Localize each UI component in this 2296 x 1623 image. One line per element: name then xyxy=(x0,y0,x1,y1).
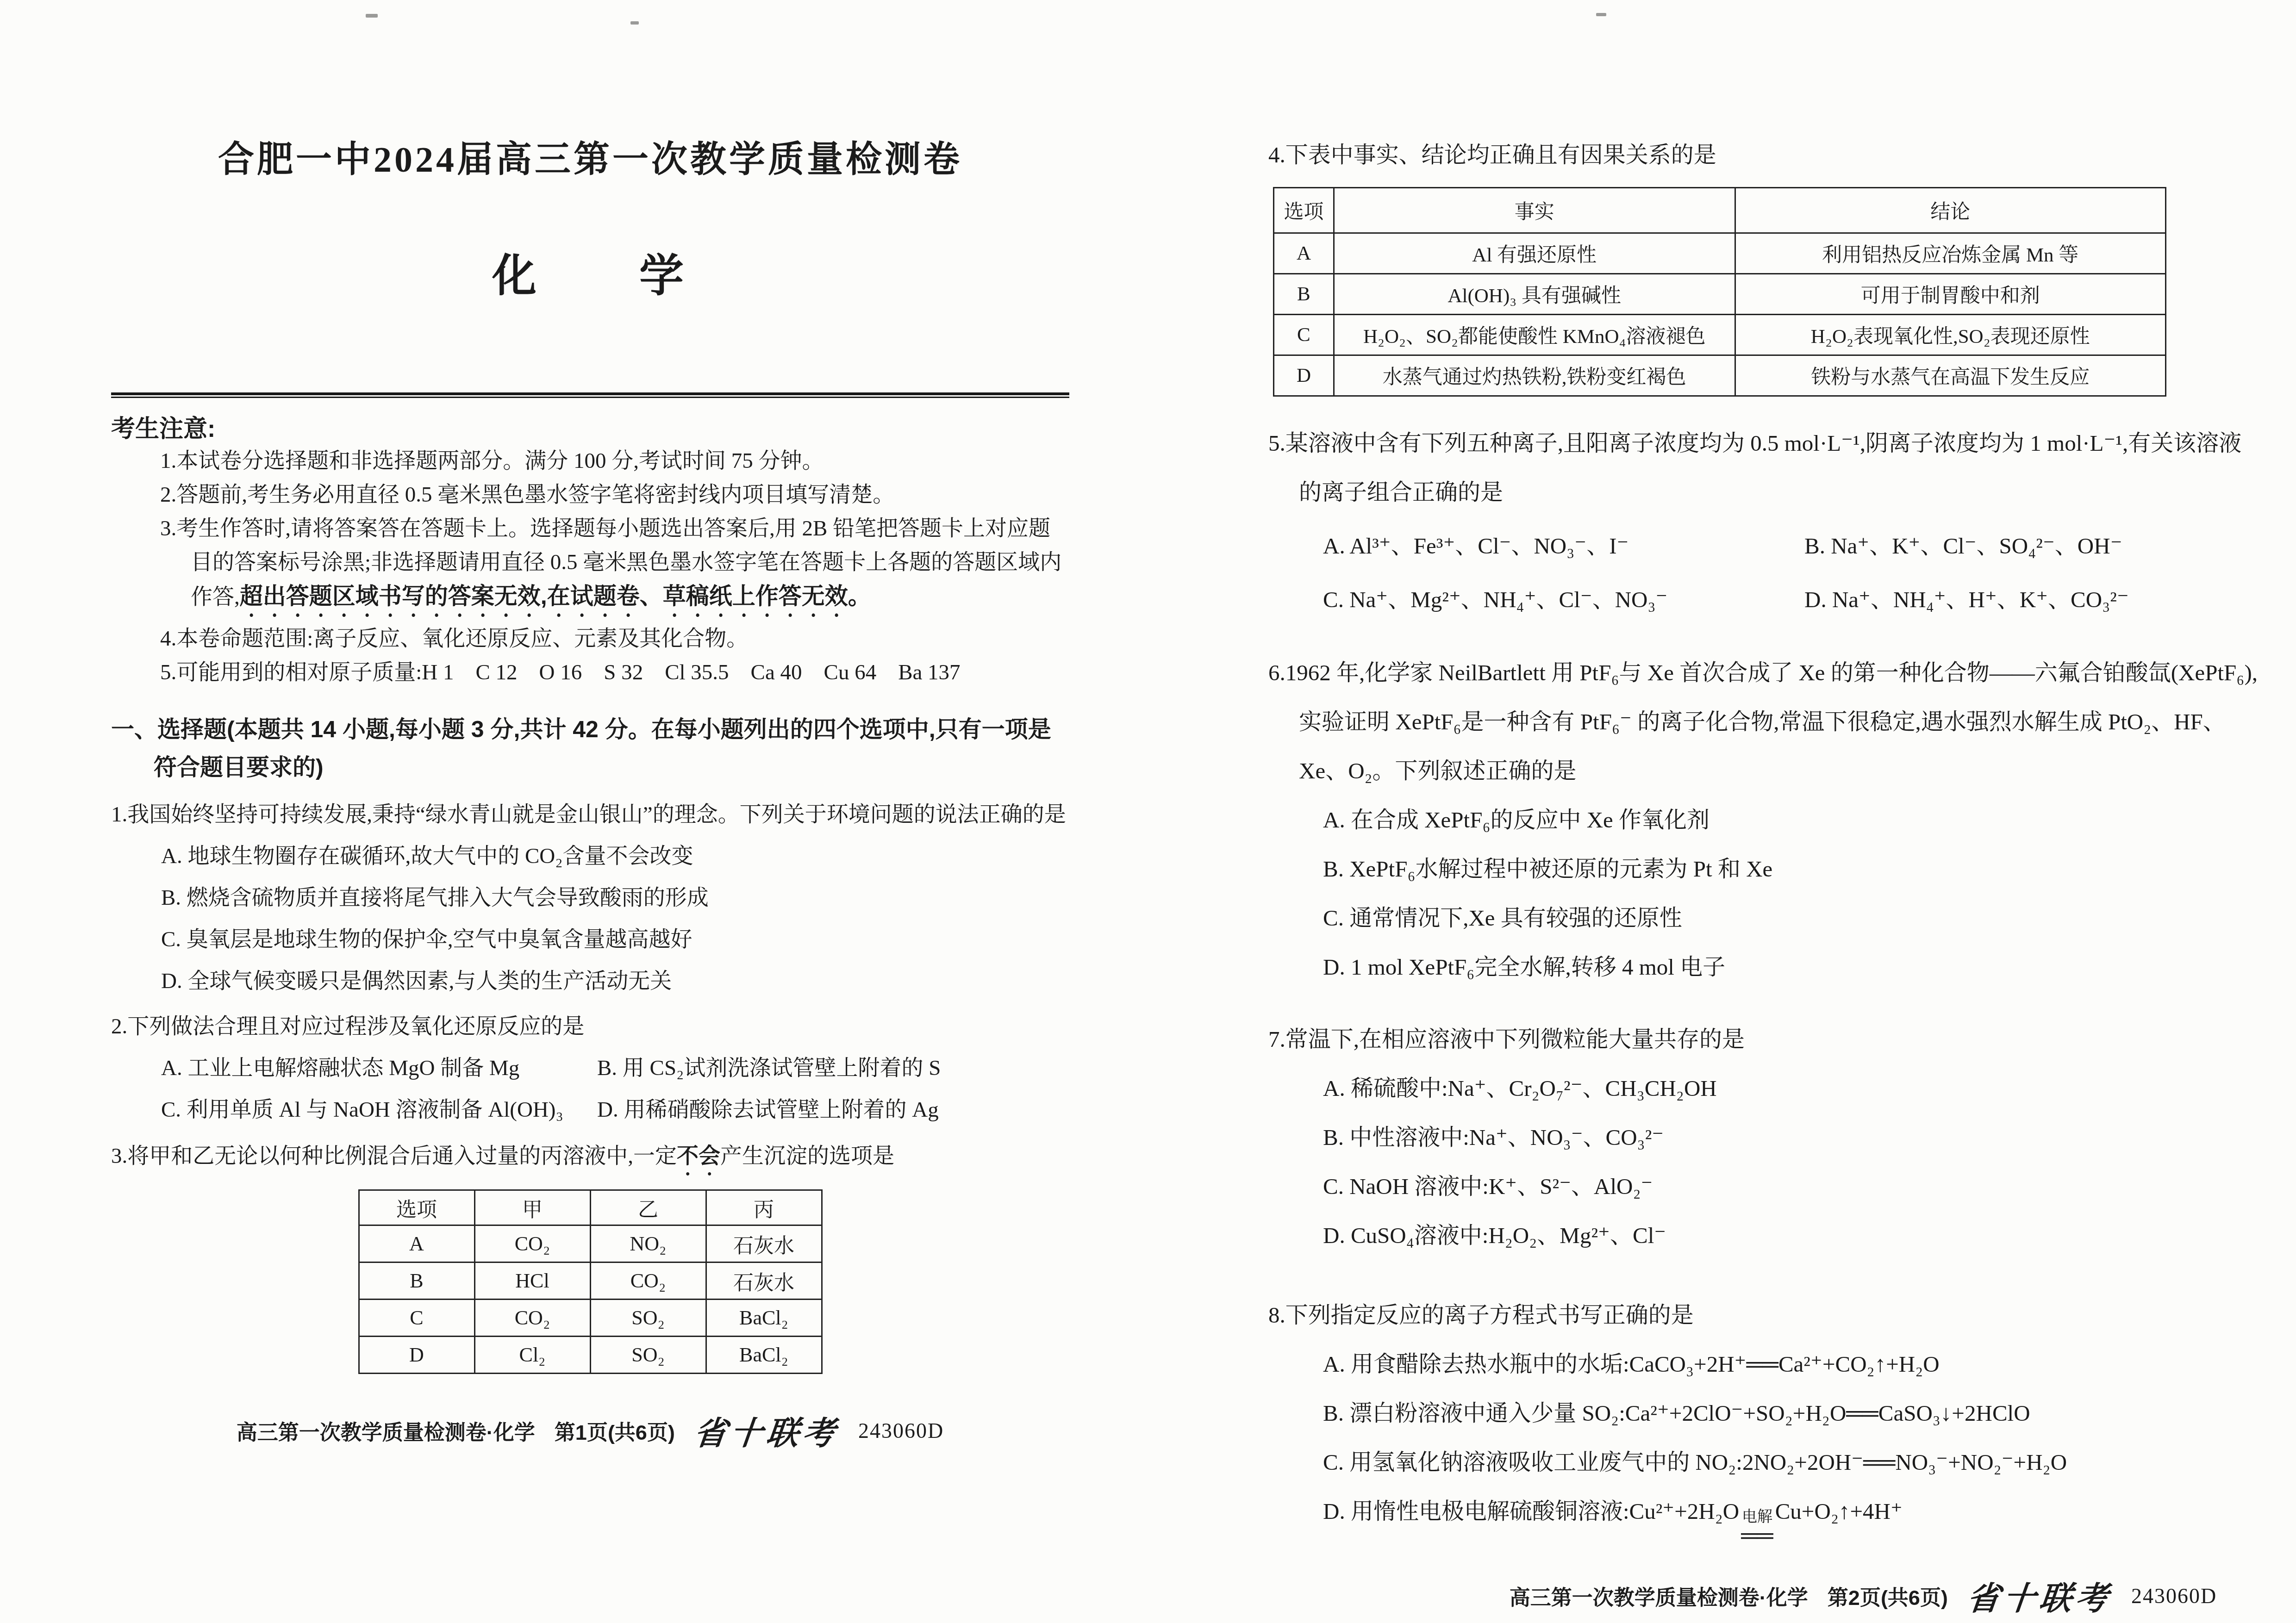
question-7-option-c: C. NaOH 溶液中:K⁺、S²⁻、AlO₂⁻ xyxy=(1268,1162,2264,1211)
question-1-option-a: A. 地球生物圈存在碳循环,故大气中的 CO₂含量不会改变 xyxy=(111,839,1069,873)
question-6-option-d: D. 1 mol XePtF₆完全水解,转移 4 mol 电子 xyxy=(1268,943,2264,992)
table-cell: 可用于制胃酸中和剂 xyxy=(1735,274,2165,315)
table-cell: H₂O₂表现氧化性,SO₂表现还原性 xyxy=(1735,315,2165,355)
table-cell: HCl xyxy=(474,1262,590,1300)
question-6: 6.1962 年,化学家 NeilBartlett 用 PtF₆与 Xe 首次合… xyxy=(1268,648,2264,992)
table-cell: 利用铝热反应冶炼金属 Mn 等 xyxy=(1735,233,2165,274)
question-6-option-c: C. 通常情况下,Xe 具有较强的还原性 xyxy=(1268,894,2264,943)
footer-page-number: 第1页(共6页) xyxy=(555,1416,675,1446)
question-1: 1.我国始终坚持可持续发展,秉持“绿水青山就是金山银山”的理念。下列关于环境问题… xyxy=(111,798,1069,998)
question-6-stem: 6.1962 年,化学家 NeilBartlett 用 PtF₆与 Xe 首次合… xyxy=(1268,648,2264,796)
table-header-cell: 丙 xyxy=(706,1190,822,1225)
page-2-footer: 高三第一次教学质量检测卷·化学 第2页(共6页) 省十联考 243060D xyxy=(1268,1573,2264,1619)
question-3: 3.将甲和乙无论以何种比例混合后通入过量的丙溶液中,一定不会产生沉淀的选项是 选… xyxy=(111,1138,1069,1374)
question-5-options-cd: C. Na⁺、Mg²⁺、NH₄⁺、Cl⁻、NO₃⁻ D. Na⁺、NH₄⁺、H⁺… xyxy=(1268,575,2264,624)
table-header-cell: 结论 xyxy=(1735,188,2165,233)
table-header-row: 选项 事实 结论 xyxy=(1274,188,2166,233)
page-1-footer: 高三第一次教学质量检测卷·化学 第1页(共6页) 省十联考 243060D xyxy=(111,1407,1069,1454)
table-row: A CO₂ NO₂ 石灰水 xyxy=(359,1225,822,1262)
table-cell: 水蒸气通过灼热铁粉,铁粉变红褐色 xyxy=(1334,355,1735,396)
table-cell: BaCl₂ xyxy=(706,1337,822,1374)
table-cell: 石灰水 xyxy=(706,1225,822,1262)
table-cell: SO₂ xyxy=(590,1300,706,1337)
table-cell: 铁粉与水蒸气在高温下发生反应 xyxy=(1735,355,2165,396)
table-cell: 石灰水 xyxy=(706,1262,822,1300)
question-5-option-b: B. Na⁺、K⁺、Cl⁻、SO₄²⁻、OH⁻ xyxy=(1804,522,2122,571)
question-7-option-a: A. 稀硫酸中:Na⁺、Cr₂O₇²⁻、CH₃CH₂OH xyxy=(1268,1064,2264,1113)
footer-brand-logo: 省十联考 xyxy=(692,1407,842,1454)
question-5-option-d: D. Na⁺、NH₄⁺、H⁺、K⁺、CO₃²⁻ xyxy=(1804,575,2129,624)
table-cell: A xyxy=(359,1225,474,1262)
question-8-stem: 8.下列指定反应的离子方程式书写正确的是 xyxy=(1268,1291,2264,1340)
table-cell: D xyxy=(1274,355,1334,396)
question-1-option-b: B. 燃烧含硫物质并直接将尾气排入大气会导致酸雨的形成 xyxy=(111,881,1069,915)
section-heading-line1: 一、选择题(本题共 14 小题,每小题 3 分,共计 42 分。在每小题列出的四… xyxy=(111,716,1051,742)
table-cell: A xyxy=(1274,233,1334,274)
notice-item-3-emphasis: 超出答题区域书写的答案无效,在试题卷、草稿纸上作答无效。 xyxy=(240,583,871,609)
exam-title: 合肥一中2024届高三第一次教学质量检测卷 xyxy=(111,139,1069,180)
question-3-table: 选项 甲 乙 丙 A CO₂ NO₂ 石灰水 B HCl CO₂ 石灰水 C C… xyxy=(358,1189,823,1374)
subject-title: 化 学 xyxy=(111,250,1069,302)
question-4-stem: 4.下表中事实、结论均正确且有因果关系的是 xyxy=(1268,136,2264,174)
question-8-option-a: A. 用食醋除去热水瓶中的水垢:CaCO₃+2H⁺══Ca²⁺+CO₂↑+H₂O xyxy=(1268,1340,2264,1389)
question-5-options-ab: A. Al³⁺、Fe³⁺、Cl⁻、NO₃⁻、I⁻ B. Na⁺、K⁺、Cl⁻、S… xyxy=(1268,522,2264,571)
question-4: 4.下表中事实、结论均正确且有因果关系的是 选项 事实 结论 A Al 有强还原… xyxy=(1268,136,2264,397)
equals-line: ══ xyxy=(1741,1525,1773,1546)
question-2-stem: 2.下列做法合理且对应过程涉及氧化还原反应的是 xyxy=(111,1010,1069,1044)
exam-page-1: 合肥一中2024届高三第一次教学质量检测卷 化 学 考生注意: 1.本试卷分选择… xyxy=(111,0,1069,1454)
question-2-option-c: C. 利用单质 Al 与 NaOH 溶液制备 Al(OH)₃ xyxy=(161,1093,597,1127)
table-cell: B xyxy=(359,1262,474,1300)
question-2-option-b: B. 用 CS₂试剂洗涤试管壁上附着的 S xyxy=(597,1051,941,1085)
table-cell: D xyxy=(359,1337,474,1374)
table-cell: Al(OH)₃ 具有强碱性 xyxy=(1334,274,1735,315)
table-row: C H₂O₂、SO₂都能使酸性 KMnO₄溶液褪色 H₂O₂表现氧化性,SO₂表… xyxy=(1274,315,2166,355)
table-header-cell: 选项 xyxy=(1274,188,1334,233)
question-1-option-d: D. 全球气候变暖只是偶然因素,与人类的生产活动无关 xyxy=(111,964,1069,998)
question-8-option-d-pre: D. 用惰性电极电解硫酸铜溶液:Cu²⁺+2H₂O xyxy=(1323,1499,1739,1524)
notice-item-3: 3.考生作答时,请将答案答在答题卡上。选择题每小题选出答案后,用 2B 铅笔把答… xyxy=(111,512,1069,622)
notice-item-1: 1.本试卷分选择题和非选择题两部分。满分 100 分,考试时间 75 分钟。 xyxy=(111,444,1069,478)
question-5-option-c: C. Na⁺、Mg²⁺、NH₄⁺、Cl⁻、NO₃⁻ xyxy=(1323,575,1804,624)
divider-rule xyxy=(111,392,1069,398)
table-row: C CO₂ SO₂ BaCl₂ xyxy=(359,1300,822,1337)
table-cell: B xyxy=(1274,274,1334,315)
table-row: D 水蒸气通过灼热铁粉,铁粉变红褐色 铁粉与水蒸气在高温下发生反应 xyxy=(1274,355,2166,396)
footer-exam-name: 高三第一次教学质量检测卷·化学 xyxy=(1510,1581,1808,1611)
section-heading: 一、选择题(本题共 14 小题,每小题 3 分,共计 42 分。在每小题列出的四… xyxy=(111,710,1069,786)
footer-brand-logo: 省十联考 xyxy=(1965,1573,2115,1619)
table-cell: CO₂ xyxy=(590,1262,706,1300)
table-cell: H₂O₂、SO₂都能使酸性 KMnO₄溶液褪色 xyxy=(1334,315,1735,355)
question-8-option-c: C. 用氢氧化钠溶液吸收工业废气中的 NO₂:2NO₂+2OH⁻══NO₃⁻+N… xyxy=(1268,1438,2264,1487)
table-header-row: 选项 甲 乙 丙 xyxy=(359,1190,822,1225)
question-3-stem-pre: 3.将甲和乙无论以何种比例混合后通入过量的丙溶液中,一定 xyxy=(111,1144,677,1168)
question-7-stem: 7.常温下,在相应溶液中下列微粒能大量共存的是 xyxy=(1268,1015,2264,1064)
question-8-option-b: B. 漂白粉溶液中通入少量 SO₂:Ca²⁺+2ClO⁻+SO₂+H₂O══Ca… xyxy=(1268,1389,2264,1438)
table-cell: C xyxy=(359,1300,474,1337)
electrolysis-equals-sign: 电解══ xyxy=(1741,1509,1773,1546)
table-cell: Cl₂ xyxy=(474,1337,590,1374)
table-row: B HCl CO₂ 石灰水 xyxy=(359,1262,822,1300)
notice-item-5: 5.可能用到的相对原子质量:H 1 C 12 O 16 S 32 Cl 35.5… xyxy=(111,656,1069,690)
table-header-cell: 甲 xyxy=(474,1190,590,1225)
table-row: A Al 有强还原性 利用铝热反应冶炼金属 Mn 等 xyxy=(1274,233,2166,274)
table-cell: NO₂ xyxy=(590,1225,706,1262)
question-5-stem: 5.某溶液中含有下列五种离子,且阳离子浓度均为 0.5 mol·L⁻¹,阴离子浓… xyxy=(1268,419,2264,517)
question-4-table: 选项 事实 结论 A Al 有强还原性 利用铝热反应冶炼金属 Mn 等 B Al… xyxy=(1273,187,2166,397)
table-header-cell: 乙 xyxy=(590,1190,706,1225)
table-cell: C xyxy=(1274,315,1334,355)
question-1-stem: 1.我国始终坚持可持续发展,秉持“绿水青山就是金山银山”的理念。下列关于环境问题… xyxy=(111,798,1069,832)
question-3-stem-post: 产生沉淀的选项是 xyxy=(720,1144,894,1168)
section-heading-line2: 符合题目要求的) xyxy=(111,748,1069,786)
question-6-option-b: B. XePtF₆水解过程中被还原的元素为 Pt 和 Xe xyxy=(1268,845,2264,894)
question-8-option-d-post: Cu+O₂↑+4H⁺ xyxy=(1775,1499,1903,1524)
table-cell: BaCl₂ xyxy=(706,1300,822,1337)
question-2-option-a: A. 工业上电解熔融状态 MgO 制备 Mg xyxy=(161,1051,597,1085)
question-7: 7.常温下,在相应溶液中下列微粒能大量共存的是 A. 稀硫酸中:Na⁺、Cr₂O… xyxy=(1268,1015,2264,1260)
question-2-options-ab: A. 工业上电解熔融状态 MgO 制备 Mg B. 用 CS₂试剂洗涤试管壁上附… xyxy=(111,1051,1069,1085)
footer-page-number: 第2页(共6页) xyxy=(1828,1581,1948,1611)
question-6-option-a: A. 在合成 XePtF₆的反应中 Xe 作氧化剂 xyxy=(1268,796,2264,845)
question-8-option-d: D. 用惰性电极电解硫酸铜溶液:Cu²⁺+2H₂O电解══Cu+O₂↑+4H⁺ xyxy=(1268,1487,2264,1546)
exam-page-2: 4.下表中事实、结论均正确且有因果关系的是 选项 事实 结论 A Al 有强还原… xyxy=(1268,0,2264,1619)
notice-item-4: 4.本卷命题范围:离子反应、氧化还原反应、元素及其化合物。 xyxy=(111,622,1069,656)
footer-paper-code: 243060D xyxy=(858,1418,944,1443)
notice-item-2: 2.答题前,考生务必用直径 0.5 毫米黑色墨水签字笔将密封线内项目填写清楚。 xyxy=(111,478,1069,512)
question-1-option-c: C. 臭氧层是地球生物的保护伞,空气中臭氧含量越高越好 xyxy=(111,923,1069,957)
question-3-stem-emphasis: 不会 xyxy=(677,1143,720,1168)
table-header-cell: 事实 xyxy=(1334,188,1735,233)
notice-heading: 考生注意: xyxy=(111,414,1069,444)
table-header-cell: 选项 xyxy=(359,1190,474,1225)
table-row: D Cl₂ SO₂ BaCl₂ xyxy=(359,1337,822,1374)
question-5: 5.某溶液中含有下列五种离子,且阳离子浓度均为 0.5 mol·L⁻¹,阴离子浓… xyxy=(1268,419,2264,624)
footer-exam-name: 高三第一次教学质量检测卷·化学 xyxy=(237,1416,535,1446)
question-2: 2.下列做法合理且对应过程涉及氧化还原反应的是 A. 工业上电解熔融状态 MgO… xyxy=(111,1010,1069,1127)
question-7-option-b: B. 中性溶液中:Na⁺、NO₃⁻、CO₃²⁻ xyxy=(1268,1113,2264,1162)
question-2-options-cd: C. 利用单质 Al 与 NaOH 溶液制备 Al(OH)₃ D. 用稀硝酸除去… xyxy=(111,1093,1069,1127)
table-cell: CO₂ xyxy=(474,1225,590,1262)
table-cell: CO₂ xyxy=(474,1300,590,1337)
table-row: B Al(OH)₃ 具有强碱性 可用于制胃酸中和剂 xyxy=(1274,274,2166,315)
question-2-option-d: D. 用稀硝酸除去试管壁上附着的 Ag xyxy=(597,1093,939,1127)
table-cell: Al 有强还原性 xyxy=(1334,233,1735,274)
question-7-option-d: D. CuSO₄溶液中:H₂O₂、Mg²⁺、Cl⁻ xyxy=(1268,1211,2264,1260)
table-cell: SO₂ xyxy=(590,1337,706,1374)
footer-paper-code: 243060D xyxy=(2131,1584,2217,1608)
question-8: 8.下列指定反应的离子方程式书写正确的是 A. 用食醋除去热水瓶中的水垢:CaC… xyxy=(1268,1291,2264,1546)
question-3-stem: 3.将甲和乙无论以何种比例混合后通入过量的丙溶液中,一定不会产生沉淀的选项是 xyxy=(111,1138,1069,1180)
question-5-option-a: A. Al³⁺、Fe³⁺、Cl⁻、NO₃⁻、I⁻ xyxy=(1323,522,1804,571)
